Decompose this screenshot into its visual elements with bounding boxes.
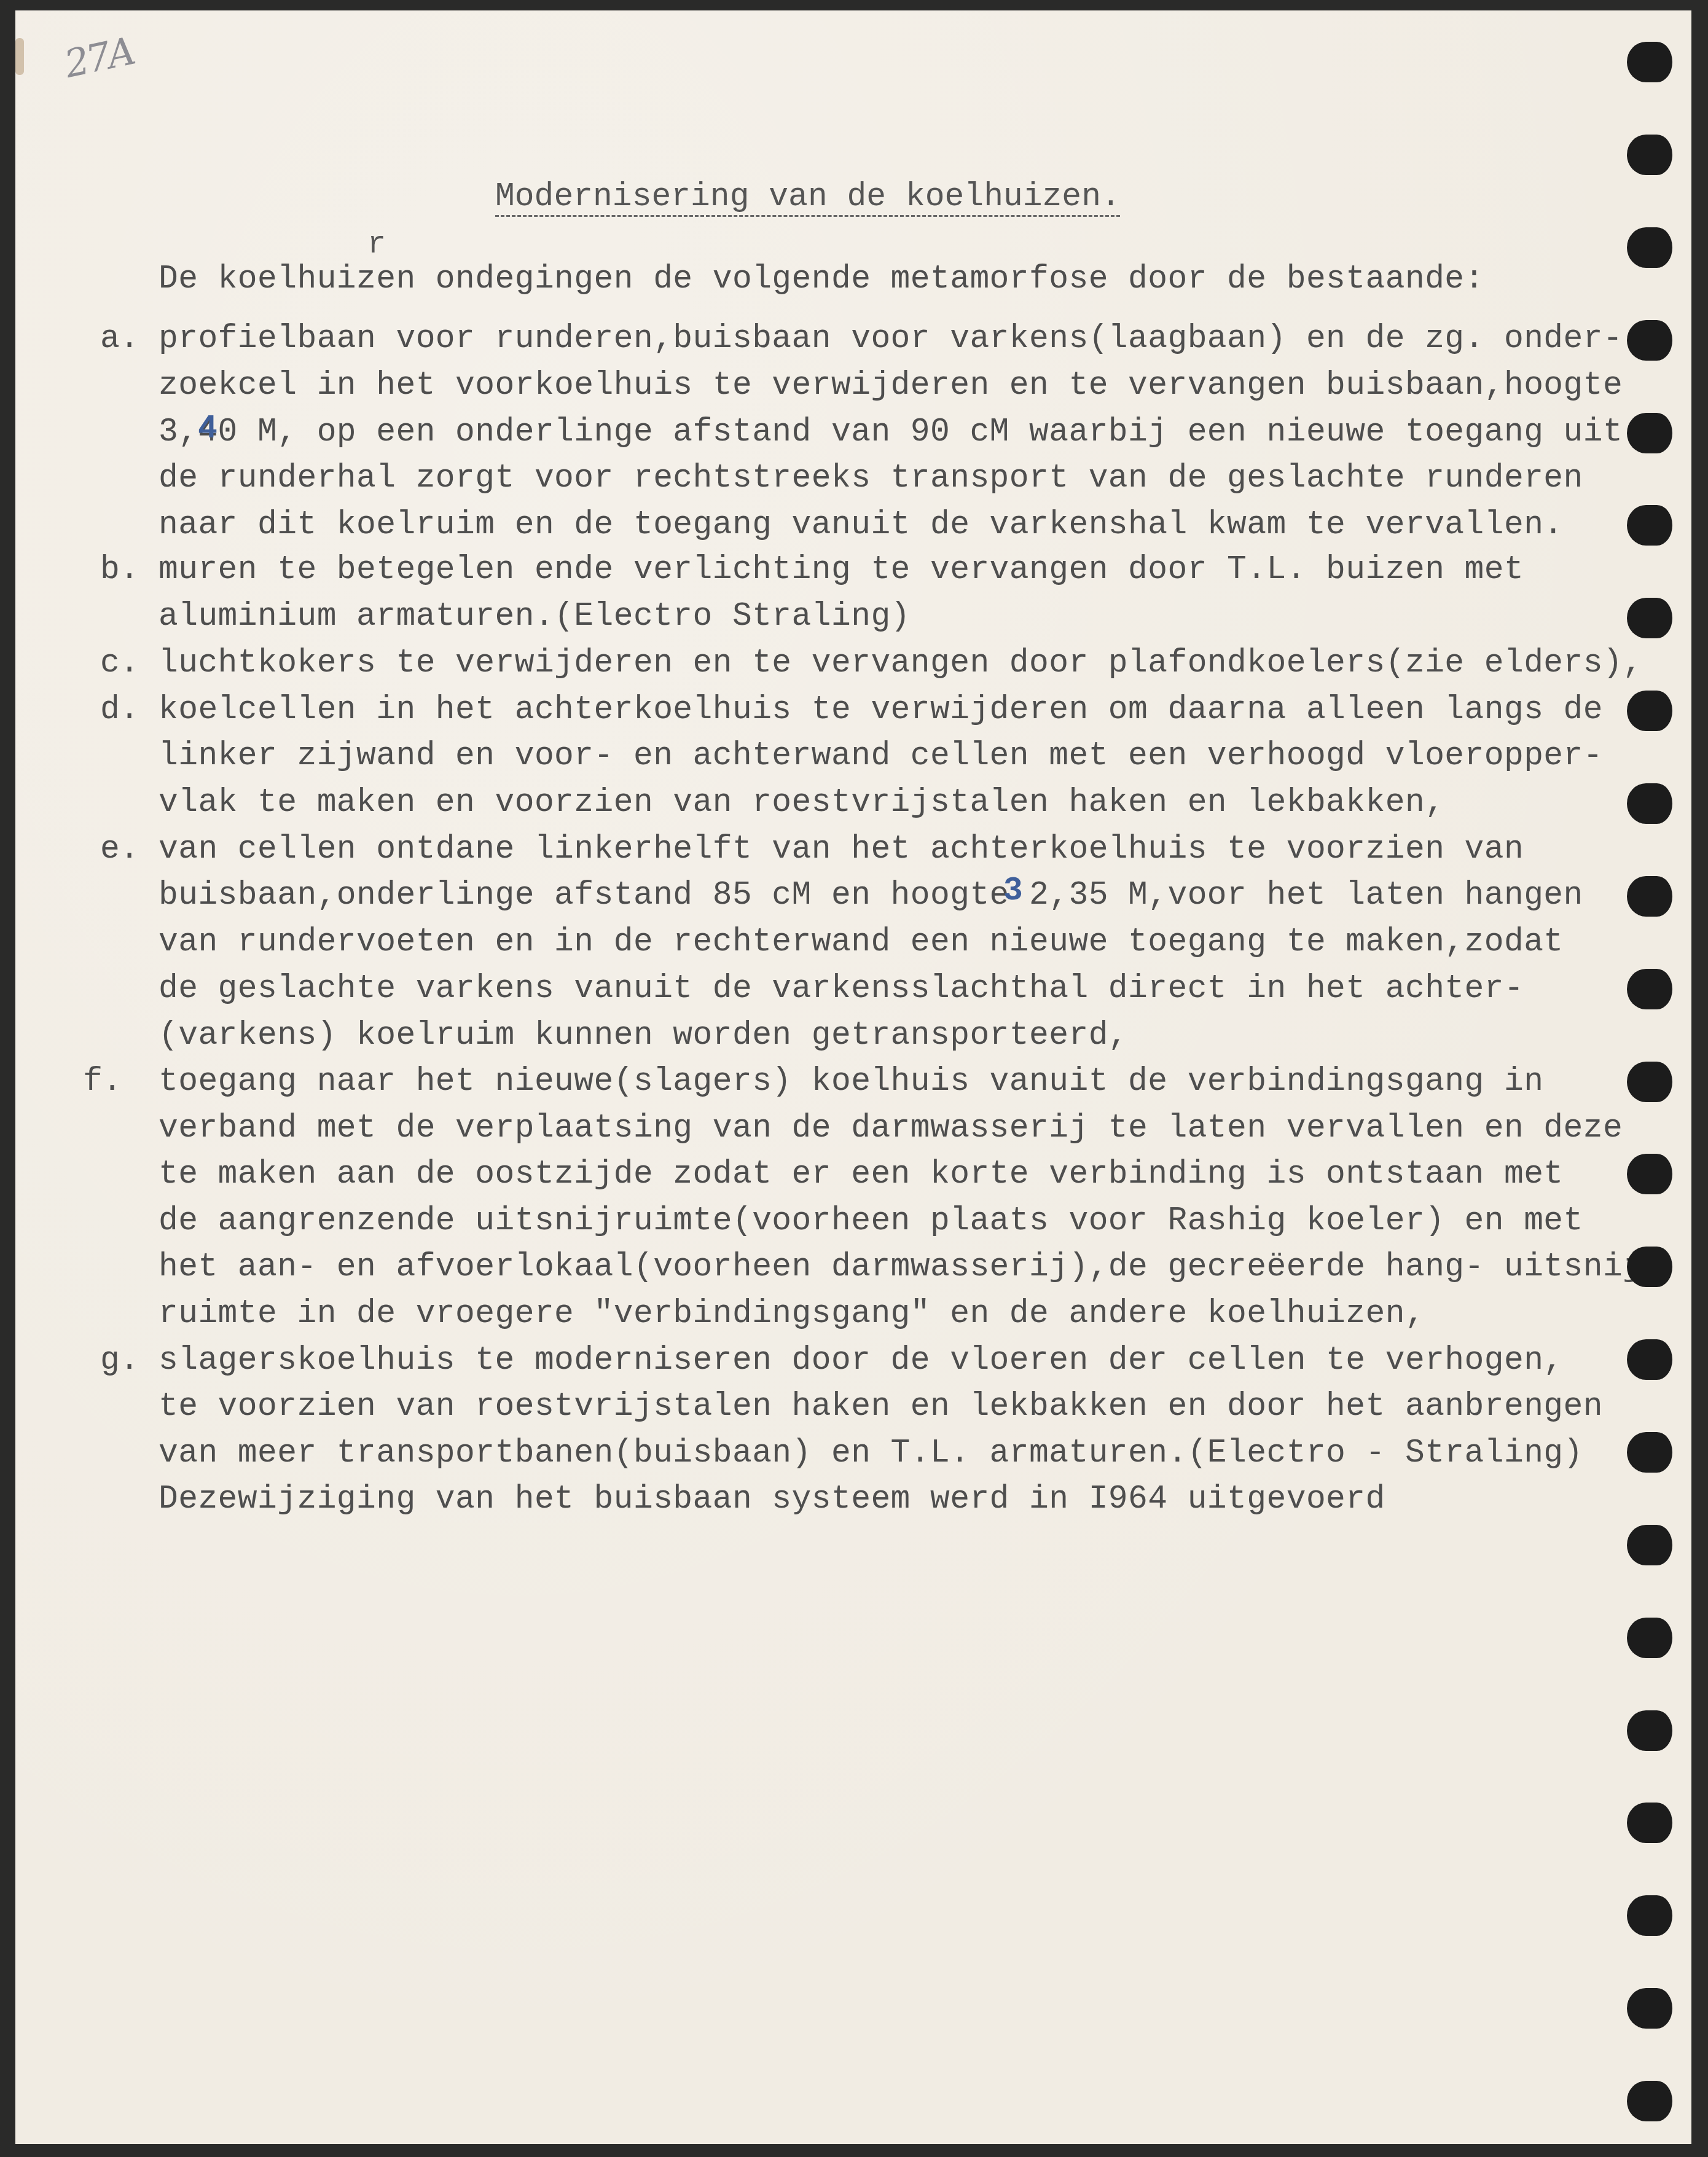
punch-hole — [1627, 1618, 1672, 1658]
item-b-line: aluminium armaturen.(Electro Straling) — [159, 598, 911, 635]
item-d-line: vlak te maken en voorzien van roestvrijs… — [159, 784, 1444, 821]
item-f-line: de aangrenzende uitsnijruimte(voorheen p… — [159, 1202, 1583, 1239]
punch-hole — [1627, 320, 1672, 361]
closing-text: Dezewijziging van het buisbaan systeem w… — [159, 1481, 1385, 1517]
punch-hole — [1627, 505, 1672, 546]
document-title: Modernisering van de koelhuizen. — [495, 178, 1121, 215]
item-f-line: het aan- en afvoerlokaal(voorheen darmwa… — [159, 1248, 1663, 1285]
item-a-line: naar dit koelruim en de toegang vanuit d… — [159, 506, 1564, 543]
punch-hole — [1627, 1062, 1672, 1102]
punch-hole — [1627, 1247, 1672, 1287]
item-label-d: d. — [100, 691, 139, 728]
item-f-line: verband met de verplaatsing van de darmw… — [159, 1110, 1623, 1146]
item-e-line: (varkens) koelruim kunnen worden getrans… — [159, 1017, 1128, 1054]
punch-hole — [1627, 783, 1672, 824]
item-f-line: te maken aan de oostzijde zodat er een k… — [159, 1156, 1564, 1192]
item-label-b: b. — [100, 551, 139, 588]
punch-hole — [1627, 1432, 1672, 1473]
item-e-line: de geslachte varkens vanuit de varkenssl… — [159, 970, 1524, 1007]
punch-hole — [1627, 691, 1672, 731]
punch-hole — [1627, 876, 1672, 917]
pen-correction-4: 4 — [198, 410, 217, 447]
punch-hole — [1627, 1895, 1672, 1936]
item-label-c: c. — [100, 644, 139, 681]
handwritten-page-number: 27A — [61, 28, 137, 87]
punch-hole — [1627, 1525, 1672, 1565]
punch-hole — [1627, 413, 1672, 453]
item-d-line: koelcellen in het achterkoelhuis te verw… — [159, 691, 1603, 728]
item-g-line: te voorzien van roestvrijstalen haken en… — [159, 1388, 1603, 1425]
item-g-line: van meer transportbanen(buisbaan) en T.L… — [159, 1435, 1583, 1471]
paper-stain — [15, 38, 24, 75]
typed-insertion-r: r — [367, 227, 386, 262]
punch-hole — [1627, 1339, 1672, 1380]
punch-hole — [1627, 598, 1672, 638]
punch-hole — [1627, 1710, 1672, 1751]
punch-hole — [1627, 969, 1672, 1009]
punch-hole — [1627, 1988, 1672, 2029]
item-a-line: zoekcel in het voorkoelhuis te verwijder… — [159, 367, 1623, 404]
item-d-line: linker zijwand en voor- en achterwand ce… — [159, 737, 1603, 774]
punch-hole — [1627, 135, 1672, 175]
item-label-e: e. — [100, 831, 139, 867]
item-label-g: g. — [100, 1342, 139, 1379]
item-f-line: ruimte in de vroegere "verbindingsgang" … — [159, 1295, 1425, 1332]
item-a-line: profielbaan voor runderen,buisbaan voor … — [159, 320, 1623, 357]
punch-hole — [1627, 1803, 1672, 1843]
punch-hole — [1627, 227, 1672, 268]
item-b-line: muren te betegelen ende verlichting te v… — [159, 551, 1524, 588]
punch-hole — [1627, 2081, 1672, 2121]
punch-hole — [1627, 1154, 1672, 1194]
punch-hole — [1627, 42, 1672, 82]
intro-text: De koelhuizen ondegingen de volgende met… — [159, 260, 1484, 297]
item-label-f: f. — [83, 1063, 122, 1100]
item-label-a: a. — [100, 320, 139, 357]
item-e-line: van rundervoeten en in de rechterwand ee… — [159, 923, 1564, 960]
item-e-line: buisbaan,onderlinge afstand 85 cM en hoo… — [159, 877, 1583, 914]
pen-correction-3: 3 — [1003, 872, 1023, 909]
item-a-line: de runderhal zorgt voor rechtstreeks tra… — [159, 460, 1583, 496]
item-g-line: slagerskoelhuis te moderniseren door de … — [159, 1342, 1564, 1379]
item-c-line: luchtkokers te verwijderen en te vervang… — [159, 644, 1642, 681]
item-f-line: toegang naar het nieuwe(slagers) koelhui… — [159, 1063, 1543, 1100]
item-e-line: van cellen ontdane linkerhelft van het a… — [159, 831, 1524, 867]
item-a-line: 3,40 M, op een onderlinge afstand van 90… — [159, 413, 1623, 450]
